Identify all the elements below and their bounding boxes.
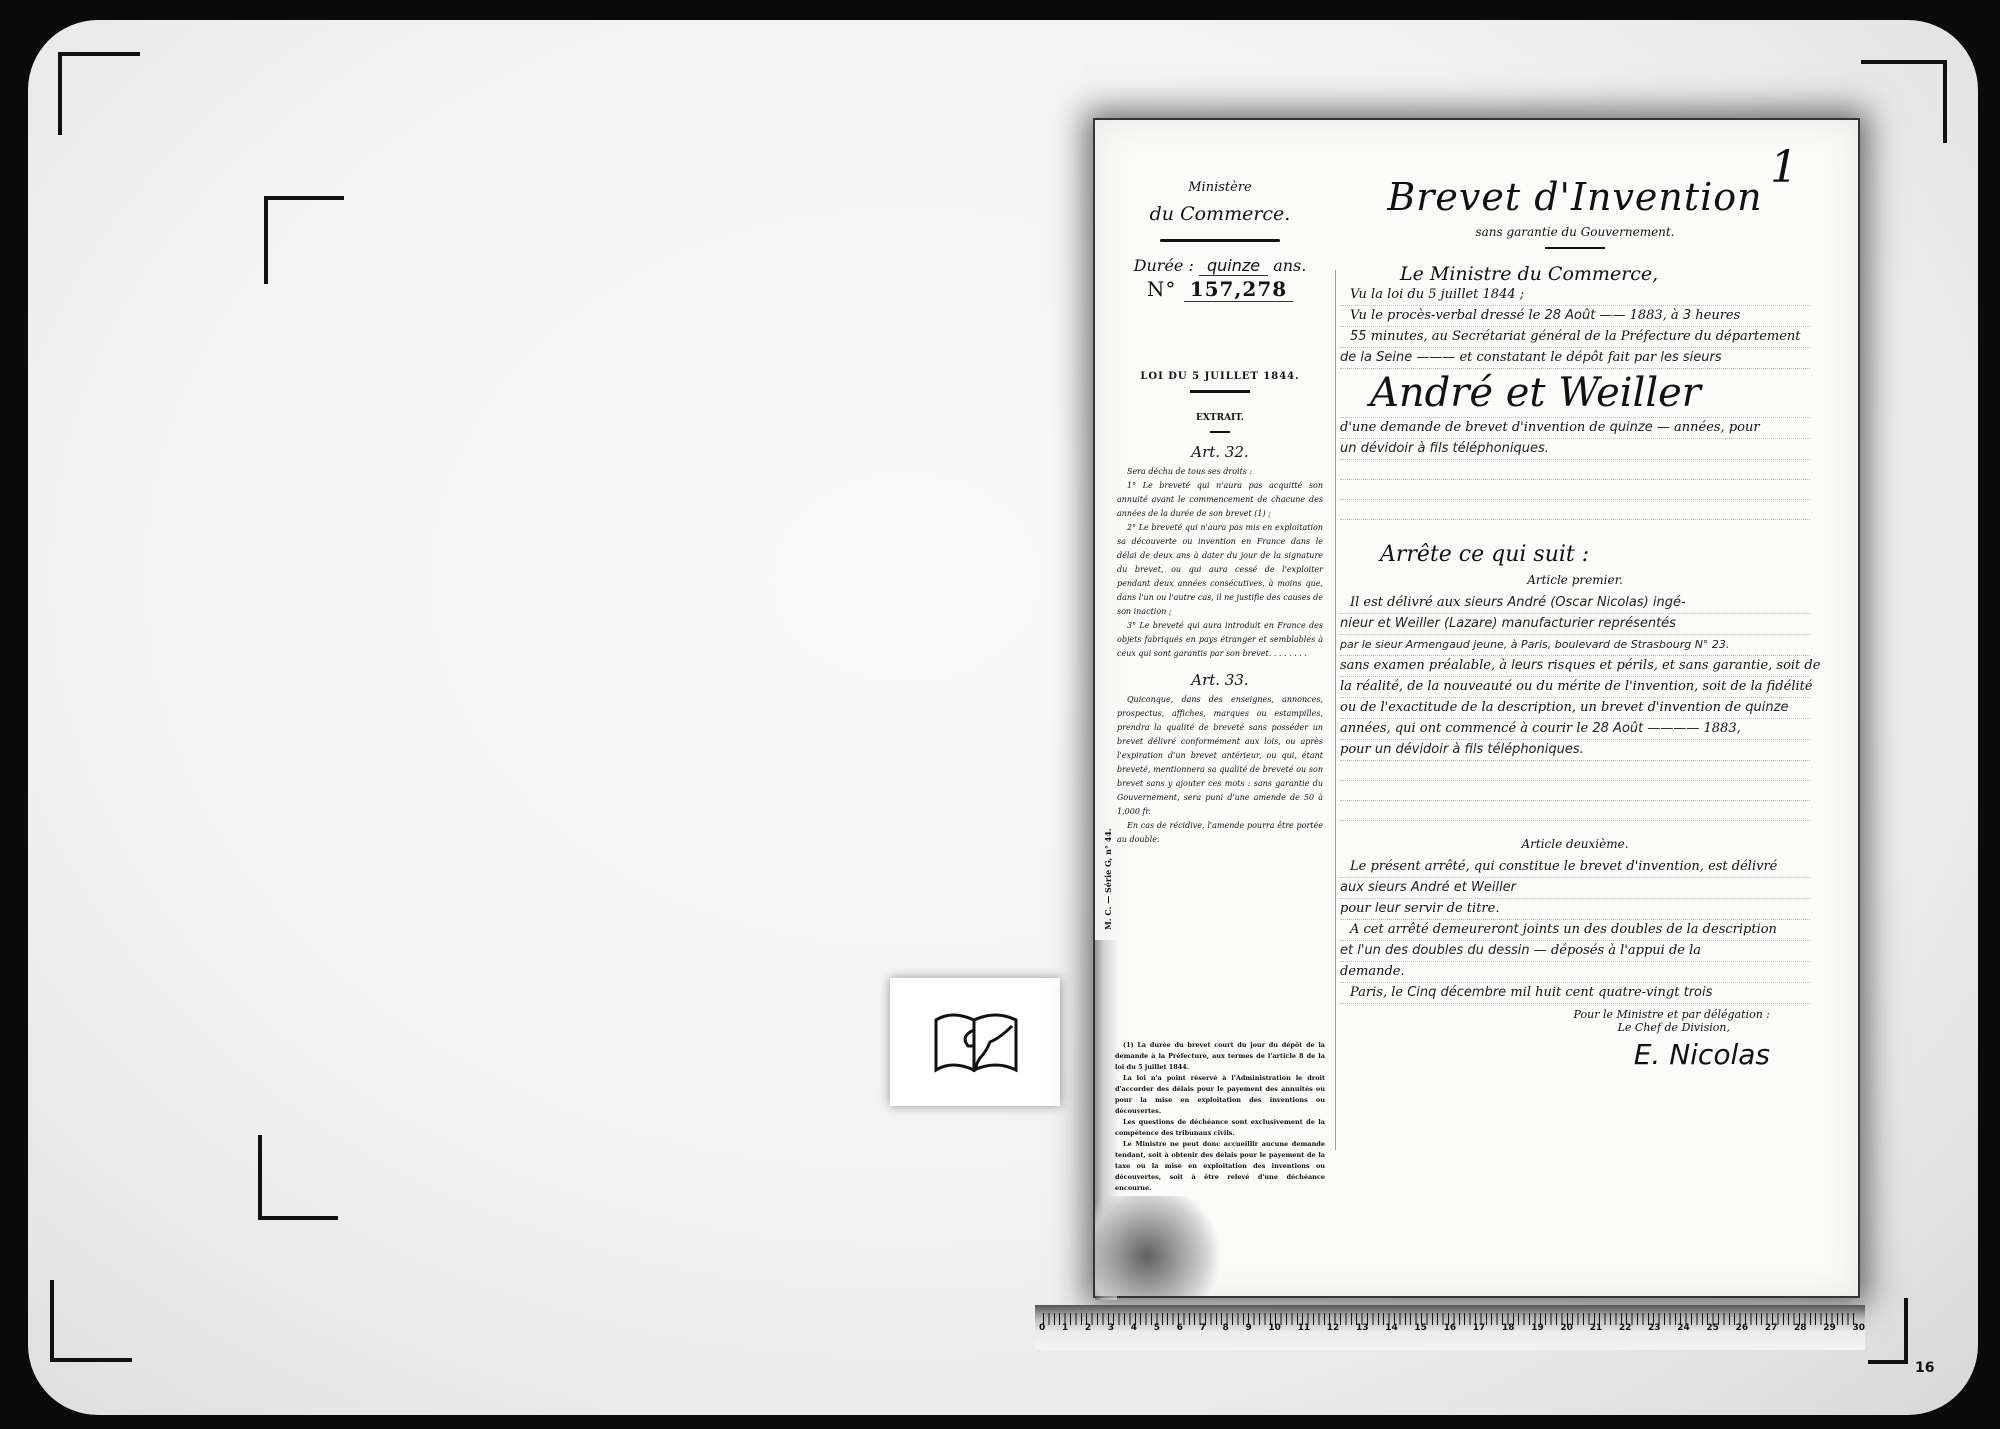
ruler-label: 20 — [1560, 1323, 1573, 1333]
patent-number: N° 157,278 — [1115, 277, 1325, 301]
article1-line: années, qui ont commencé à courir le 28 … — [1340, 719, 1810, 740]
art32-paragraph: 2° Le breveté qui n'aura pas mis en expl… — [1117, 521, 1323, 619]
ruler-label: 7 — [1200, 1323, 1206, 1333]
law-title: LOI DU 5 JUILLET 1844. — [1115, 371, 1325, 382]
ruler-label: 16 — [1444, 1323, 1457, 1333]
footnote: Le Ministre ne peut donc accueillir aucu… — [1115, 1139, 1325, 1194]
text: A cet arrêté demeurer — [1350, 922, 1497, 937]
text: un des doubles de la description — [1563, 922, 1777, 937]
left-column: Ministère du Commerce. Durée : quinze an… — [1115, 180, 1325, 847]
minutes-line: 55 minutes, au Secrétariat général de la… — [1340, 327, 1810, 348]
patent-document: 1 Ministère du Commerce. Durée : quinze … — [1093, 118, 1860, 1298]
text: Paris, le — [1350, 985, 1403, 1000]
footnote-block: (1) La durée du brevet court du jour du … — [1115, 1040, 1325, 1194]
column-divider — [1335, 270, 1336, 1150]
article2-line: A cet arrêté demeureront joints un des d… — [1340, 920, 1810, 941]
text: heures — [1695, 308, 1740, 323]
text: et constatant le dépôt fait par — [1459, 350, 1656, 365]
blank-line — [1340, 500, 1810, 520]
depot-line: de la Seine ——— et constatant le dépôt f… — [1340, 348, 1810, 369]
article2-line: aux sieurs André et Weiller — [1340, 878, 1810, 899]
ruler-label: 17 — [1473, 1323, 1486, 1333]
right-column: Brevet d'Invention sans garantie du Gouv… — [1340, 175, 1810, 1071]
article2-line: et l'un des doubles du dessin — déposés … — [1340, 941, 1810, 962]
article2-title: Article deuxième. — [1340, 837, 1810, 851]
ruler-label: 24 — [1677, 1323, 1690, 1333]
text: déposés à l'appui de la — [1551, 943, 1701, 958]
art32-paragraph: 3° Le breveté qui aura introduit en Fran… — [1117, 619, 1323, 661]
ornamental-rule — [1545, 247, 1605, 249]
handwritten-text: leurs — [1511, 658, 1543, 673]
text: mil huit cent quatre-vingt — [1510, 985, 1679, 1000]
ruler-label: 25 — [1706, 1323, 1719, 1333]
handwritten-duree: quinze — [1610, 420, 1653, 435]
handwritten-text: s — [1552, 922, 1559, 937]
article2-line: demande. — [1340, 962, 1810, 983]
text: pour — [1340, 901, 1371, 916]
ruler-label: 2 — [1085, 1323, 1091, 1333]
ministry-line2: du Commerce. — [1115, 203, 1325, 225]
ruler-label: 26 — [1736, 1323, 1749, 1333]
ruler-label: 6 — [1177, 1323, 1183, 1333]
paper-damage — [1095, 1196, 1225, 1296]
ruler-label: 18 — [1502, 1323, 1515, 1333]
text: ou de l'exactitude de la description, un… — [1340, 700, 1741, 715]
footnote: (1) La durée du brevet court du jour du … — [1115, 1040, 1325, 1073]
footnote: La loi n'a point réservé à l'Administrat… — [1115, 1073, 1325, 1117]
crop-mark-bottom-left-inner — [258, 1135, 338, 1220]
blank-line — [1340, 781, 1810, 801]
blank-line — [1340, 761, 1810, 781]
article1-line: pour un dévidoir à fils téléphoniques. — [1340, 740, 1810, 761]
signature: E. Nicolas — [1340, 1038, 1810, 1071]
invention-line: un dévidoir à fils téléphoniques. — [1340, 439, 1810, 460]
handwritten-text: ont — [1497, 922, 1518, 937]
measurement-ruler: 0123456789101112131415161718192021222324… — [1035, 1305, 1865, 1350]
art32-paragraph: 1° Le breveté qui n'aura pas acquitté so… — [1117, 479, 1323, 521]
ruler-labels: 0123456789101112131415161718192021222324… — [1039, 1323, 1865, 1333]
date-line: Paris, le Cinq décembre mil huit cent qu… — [1340, 983, 1810, 1004]
text: années, qui ont commencé à courir le — [1340, 721, 1588, 736]
handwritten-text: sieurs André (Oscar Nicolas) ingé- — [1464, 595, 1685, 610]
duree-value: quinze — [1199, 256, 1268, 276]
ruler-label: 14 — [1385, 1323, 1398, 1333]
art33-paragraph: Quiconque, dans des enseignes, annonces,… — [1117, 693, 1323, 819]
article1-line: Il est délivré aux sieurs André (Oscar N… — [1340, 593, 1810, 614]
article1-line: ou de l'exactitude de la description, un… — [1340, 698, 1810, 719]
book-map-icon — [930, 1008, 1022, 1078]
ruler-label: 3 — [1108, 1323, 1114, 1333]
sign-line2: Le Chef de Division, — [1340, 1021, 1770, 1034]
ruler-label: 15 — [1414, 1323, 1427, 1333]
rule — [1210, 431, 1230, 433]
document-subtitle: sans garantie du Gouvernement. — [1340, 225, 1810, 239]
plate-number: 16 — [1915, 1360, 1934, 1376]
handwritten-text: les sieurs — [1660, 350, 1721, 365]
text: d'une demande de brevet d'invention de — [1340, 420, 1605, 435]
ruler-label: 21 — [1590, 1323, 1603, 1333]
ruler-label: 5 — [1154, 1323, 1160, 1333]
handwritten-text: et l'un des doubles du dessin — [1340, 943, 1530, 958]
ruler-label: 30 — [1852, 1323, 1865, 1333]
art33-paragraph: En cas de récidive, l'amende pourra être… — [1117, 819, 1323, 847]
crop-mark-top-left-inner — [264, 196, 344, 284]
rule — [1190, 390, 1250, 393]
crop-mark-bottom-left-outer — [50, 1280, 132, 1362]
article1-title: Article premier. — [1340, 573, 1810, 587]
blank-line — [1340, 460, 1810, 480]
demande-line: d'une demande de brevet d'invention de q… — [1340, 418, 1810, 439]
text: joint — [1523, 922, 1553, 937]
ruler-label: 13 — [1356, 1323, 1369, 1333]
ruler-label: 8 — [1223, 1323, 1229, 1333]
handwritten-text: leur — [1375, 901, 1400, 916]
art32-paragraph: Sera déchu de tous ses droits : — [1117, 465, 1323, 479]
ruler-label: 10 — [1268, 1323, 1281, 1333]
ministry-line1: Ministère — [1115, 180, 1325, 195]
footnote: Les questions de déchéance sont exclusiv… — [1115, 1117, 1325, 1139]
handwritten-year: trois — [1684, 985, 1713, 1000]
handwritten-invention: un dévidoir à fils téléphoniques. — [1375, 742, 1584, 757]
ruler-label: 19 — [1531, 1323, 1544, 1333]
ruler-label: 11 — [1298, 1323, 1311, 1333]
text: années, pour — [1674, 420, 1760, 435]
duree-label: Durée : — [1134, 256, 1194, 275]
blank-line — [1340, 480, 1810, 500]
handwritten-date: 28 Août — [1592, 721, 1643, 736]
art33-text: Quiconque, dans des enseignes, annonces,… — [1115, 693, 1325, 847]
ministre-heading: Le Ministre du Commerce, — [1400, 263, 1810, 285]
ruler-label: 28 — [1794, 1323, 1807, 1333]
ruler-label: 1 — [1062, 1323, 1068, 1333]
text: servir de titre. — [1404, 901, 1499, 916]
signature-block: Pour le Ministre et par délégation : Le … — [1340, 1008, 1810, 1034]
ruler-label: 23 — [1648, 1323, 1661, 1333]
target-card — [890, 978, 1060, 1106]
article2-line: Le présent arrêté, qui constitue le brev… — [1340, 857, 1810, 878]
ruler-label: 0 — [1039, 1323, 1045, 1333]
numero-value: 157,278 — [1184, 277, 1293, 302]
ruler-label: 29 — [1823, 1323, 1836, 1333]
sign-line1: Pour le Ministre et par délégation : — [1340, 1008, 1770, 1021]
applicants-names: André et Weiller — [1340, 369, 1810, 418]
vu-loi-line: Vu la loi du 5 juillet 1844 ; — [1340, 285, 1810, 306]
art32-text: Sera déchu de tous ses droits : 1° Le br… — [1115, 465, 1325, 661]
article1-line: sans examen préalable, à leurs risques e… — [1340, 656, 1810, 677]
handwritten-minutes: 55 — [1350, 329, 1367, 344]
arrete-heading: Arrête ce qui suit : — [1380, 542, 1810, 567]
text: sans examen préalable, à — [1340, 658, 1507, 673]
ruler-label: 9 — [1245, 1323, 1251, 1333]
art32-title: Art. 32. — [1115, 443, 1325, 461]
text: Vu le procès-verbal dressé le — [1350, 308, 1540, 323]
document-title: Brevet d'Invention — [1340, 175, 1810, 219]
vu-pv-line: Vu le procès-verbal dressé le 28 Août ——… — [1340, 306, 1810, 327]
article1-line: nieur et Weiller (Lazare) manufacturier … — [1340, 614, 1810, 635]
extrait-label: EXTRAIT. — [1115, 413, 1325, 423]
article2-line: pour leur servir de titre. — [1340, 899, 1810, 920]
crop-mark-top-left-outer — [58, 52, 140, 135]
handwritten-hour: 3 — [1683, 308, 1691, 323]
ruler-label: 4 — [1131, 1323, 1137, 1333]
duree-line: Durée : quinze ans. — [1115, 256, 1325, 275]
ruler-label: 27 — [1765, 1323, 1778, 1333]
numero-label: N° — [1147, 277, 1177, 301]
handwritten-date: Cinq décembre — [1407, 985, 1506, 1000]
series-label: M. C. — Série G, n° 44. — [1103, 828, 1113, 930]
text: minutes, au Secrétariat général de la Pr… — [1371, 329, 1801, 344]
article1-line: par le sieur Armengaud jeune, à Paris, b… — [1340, 635, 1810, 656]
crop-mark-top-right — [1861, 60, 1947, 143]
text: 1883, — [1704, 721, 1741, 736]
blank-line — [1340, 801, 1810, 821]
text: Il est délivré aux — [1350, 595, 1460, 610]
text: pour — [1340, 742, 1371, 757]
ruler-label: 12 — [1327, 1323, 1340, 1333]
crop-mark-bottom-right — [1868, 1298, 1908, 1364]
ruler-label: 22 — [1619, 1323, 1632, 1333]
ornamental-rule — [1160, 239, 1280, 242]
article1-line: la réalité, de la nouveauté ou du mérite… — [1340, 677, 1810, 698]
text: risques et périls, et sans garantie, soi… — [1547, 658, 1820, 673]
handwritten-departement: de la Seine — [1340, 350, 1412, 365]
handwritten-date: 28 Août — [1544, 308, 1595, 323]
art33-title: Art. 33. — [1115, 671, 1325, 689]
text: 1883, à — [1630, 308, 1679, 323]
handwritten-duree: quinze — [1745, 700, 1788, 715]
duree-unit: ans. — [1273, 256, 1306, 275]
